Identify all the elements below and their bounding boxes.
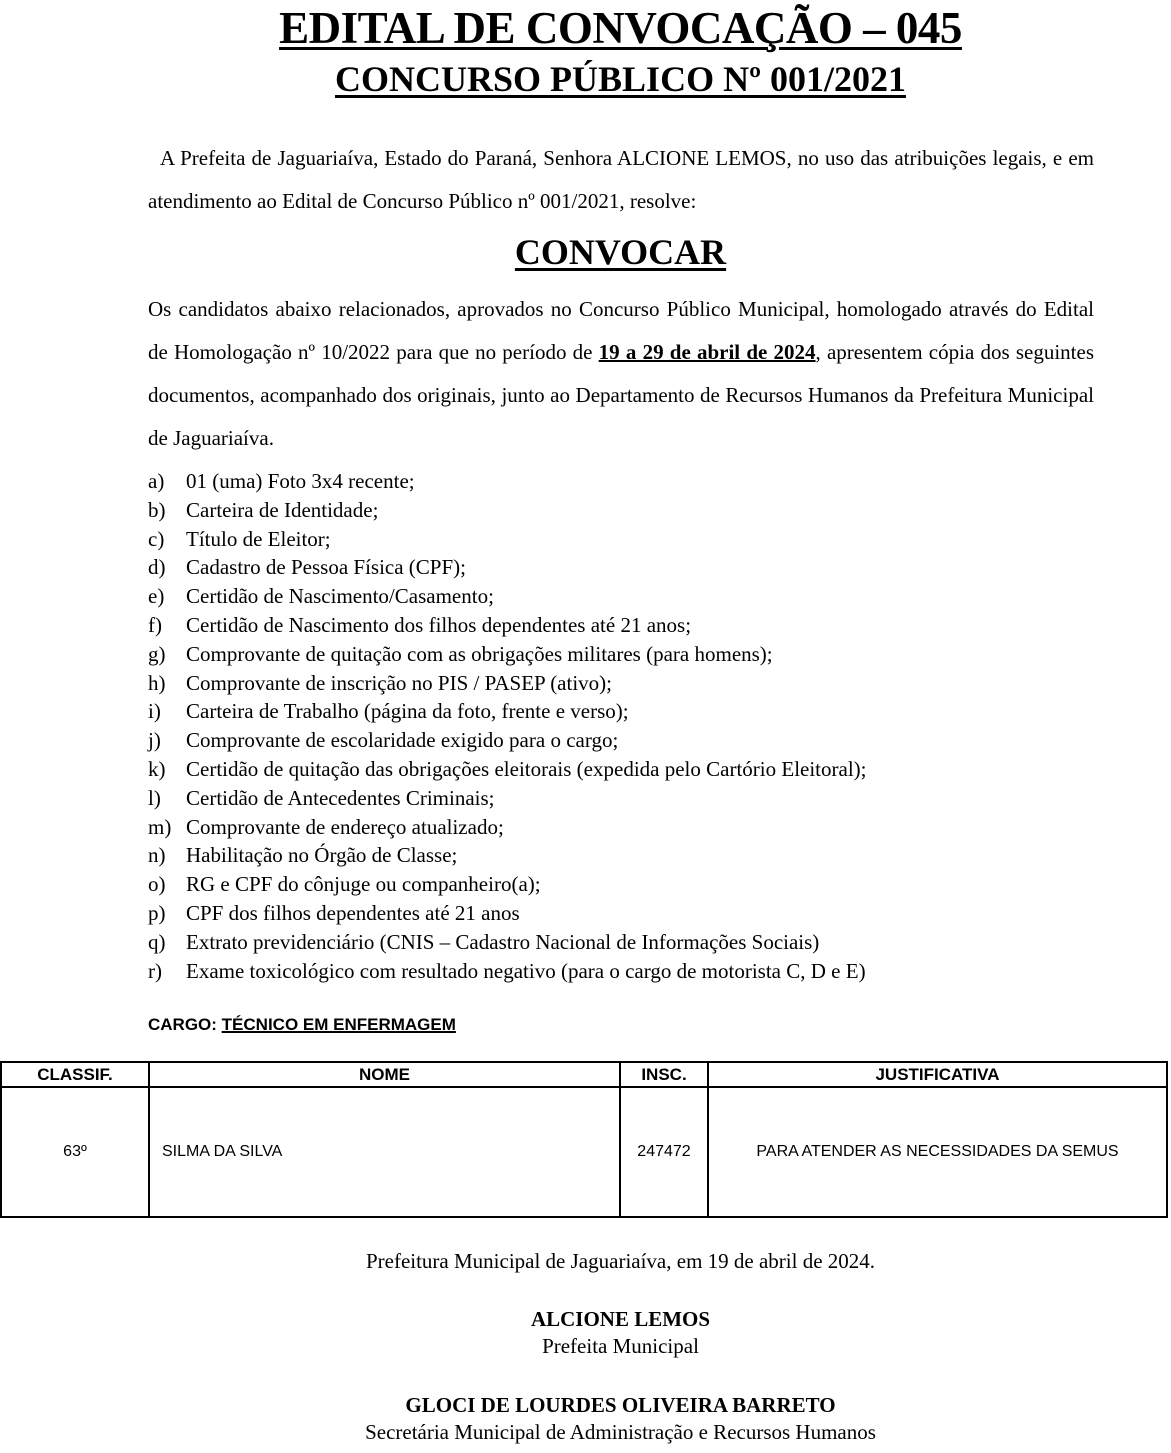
list-item: m)Comprovante de endereço atualizado;: [148, 813, 867, 842]
list-item-text: 01 (uma) Foto 3x4 recente;: [186, 467, 415, 496]
document-subtitle-text: CONCURSO PÚBLICO Nº 001/2021: [335, 59, 906, 99]
list-item: l)Certidão de Antecedentes Criminais;: [148, 784, 867, 813]
list-item-label: q): [148, 928, 186, 957]
list-item: j)Comprovante de escolaridade exigido pa…: [148, 726, 867, 755]
list-item-text: CPF dos filhos dependentes até 21 anos: [186, 899, 520, 928]
header-classif: CLASSIF.: [1, 1062, 149, 1087]
list-item-text: Certidão de Antecedentes Criminais;: [186, 784, 495, 813]
document-title-text: EDITAL DE CONVOCAÇÃO – 045: [279, 3, 962, 53]
table-header-row: CLASSIF. NOME INSC. JUSTIFICATIVA: [1, 1062, 1167, 1087]
list-item-label: g): [148, 640, 186, 669]
signature-role-secretary: Secretária Municipal de Administração e …: [0, 1419, 1171, 1445]
body-paragraph: Os candidatos abaixo relacionados, aprov…: [148, 288, 1094, 460]
list-item: i)Carteira de Trabalho (página da foto, …: [148, 697, 867, 726]
list-item-label: r): [148, 957, 186, 986]
list-item-text: Comprovante de endereço atualizado;: [186, 813, 504, 842]
header-justificativa: JUSTIFICATIVA: [708, 1062, 1167, 1087]
list-item: a)01 (uma) Foto 3x4 recente;: [148, 467, 867, 496]
list-item-label: a): [148, 467, 186, 496]
list-item-text: Certidão de Nascimento dos filhos depend…: [186, 611, 691, 640]
cell-insc: 247472: [620, 1087, 708, 1217]
list-item-text: Extrato previdenciário (CNIS – Cadastro …: [186, 928, 819, 957]
list-item: e)Certidão de Nascimento/Casamento;: [148, 582, 867, 611]
list-item-label: i): [148, 697, 186, 726]
list-item: c)Título de Eleitor;: [148, 525, 867, 554]
list-item-text: Certidão de quitação das obrigações elei…: [186, 755, 867, 784]
list-item: n)Habilitação no Órgão de Classe;: [148, 841, 867, 870]
list-item-text: Carteira de Trabalho (página da foto, fr…: [186, 697, 629, 726]
list-item: o)RG e CPF do cônjuge ou companheiro(a);: [148, 870, 867, 899]
signature-name-secretary: GLOCI DE LOURDES OLIVEIRA BARRETO: [0, 1392, 1171, 1418]
list-item-label: h): [148, 669, 186, 698]
cell-classif: 63º: [1, 1087, 149, 1217]
list-item-label: k): [148, 755, 186, 784]
list-item-text: Exame toxicológico com resultado negativ…: [186, 957, 866, 986]
list-item-text: Certidão de Nascimento/Casamento;: [186, 582, 494, 611]
place-date: Prefeitura Municipal de Jaguariaíva, em …: [0, 1247, 1171, 1275]
table-row: 63º SILMA DA SILVA 247472 PARA ATENDER A…: [1, 1087, 1167, 1217]
cell-nome: SILMA DA SILVA: [149, 1087, 620, 1217]
list-item-text: Título de Eleitor;: [186, 525, 331, 554]
list-item-text: Comprovante de escolaridade exigido para…: [186, 726, 618, 755]
list-item-text: Comprovante de inscrição no PIS / PASEP …: [186, 669, 612, 698]
document-subtitle: CONCURSO PÚBLICO Nº 001/2021: [0, 56, 1171, 102]
list-item: b)Carteira de Identidade;: [148, 496, 867, 525]
cargo-label: CARGO:: [148, 1015, 222, 1034]
cargo-line: CARGO: TÉCNICO EM ENFERMAGEM: [148, 1013, 456, 1037]
list-item: h)Comprovante de inscrição no PIS / PASE…: [148, 669, 867, 698]
document-requirements-list: a)01 (uma) Foto 3x4 recente;b)Carteira d…: [148, 467, 867, 985]
list-item: r)Exame toxicológico com resultado negat…: [148, 957, 867, 986]
list-item-text: Carteira de Identidade;: [186, 496, 378, 525]
list-item: p)CPF dos filhos dependentes até 21 anos: [148, 899, 867, 928]
list-item-text: Habilitação no Órgão de Classe;: [186, 841, 457, 870]
list-item-label: j): [148, 726, 186, 755]
header-nome: NOME: [149, 1062, 620, 1087]
list-item-text: Comprovante de quitação com as obrigaçõe…: [186, 640, 773, 669]
signature-name-mayor: ALCIONE LEMOS: [0, 1306, 1171, 1332]
period-highlight: 19 a 29 de abril de 2024: [599, 340, 816, 364]
list-item-label: o): [148, 870, 186, 899]
list-item: q)Extrato previdenciário (CNIS – Cadastr…: [148, 928, 867, 957]
list-item-text: RG e CPF do cônjuge ou companheiro(a);: [186, 870, 541, 899]
list-item-label: c): [148, 525, 186, 554]
list-item: f)Certidão de Nascimento dos filhos depe…: [148, 611, 867, 640]
action-heading: CONVOCAR: [0, 228, 1171, 276]
list-item-label: p): [148, 899, 186, 928]
list-item: d)Cadastro de Pessoa Física (CPF);: [148, 553, 867, 582]
list-item-text: Cadastro de Pessoa Física (CPF);: [186, 553, 466, 582]
list-item-label: m): [148, 813, 186, 842]
list-item-label: d): [148, 553, 186, 582]
cell-justificativa: PARA ATENDER AS NECESSIDADES DA SEMUS: [708, 1087, 1167, 1217]
document-title: EDITAL DE CONVOCAÇÃO – 045: [0, 2, 1171, 54]
action-heading-text: CONVOCAR: [515, 232, 726, 272]
list-item-label: b): [148, 496, 186, 525]
cargo-value: TÉCNICO EM ENFERMAGEM: [222, 1015, 456, 1034]
list-item: k)Certidão de quitação das obrigações el…: [148, 755, 867, 784]
list-item-label: n): [148, 841, 186, 870]
list-item-label: l): [148, 784, 186, 813]
intro-paragraph: A Prefeita de Jaguariaíva, Estado do Par…: [148, 137, 1094, 223]
signature-role-mayor: Prefeita Municipal: [0, 1333, 1171, 1359]
list-item-label: e): [148, 582, 186, 611]
candidates-table: CLASSIF. NOME INSC. JUSTIFICATIVA 63º SI…: [0, 1061, 1168, 1218]
list-item: g)Comprovante de quitação com as obrigaç…: [148, 640, 867, 669]
list-item-label: f): [148, 611, 186, 640]
header-insc: INSC.: [620, 1062, 708, 1087]
